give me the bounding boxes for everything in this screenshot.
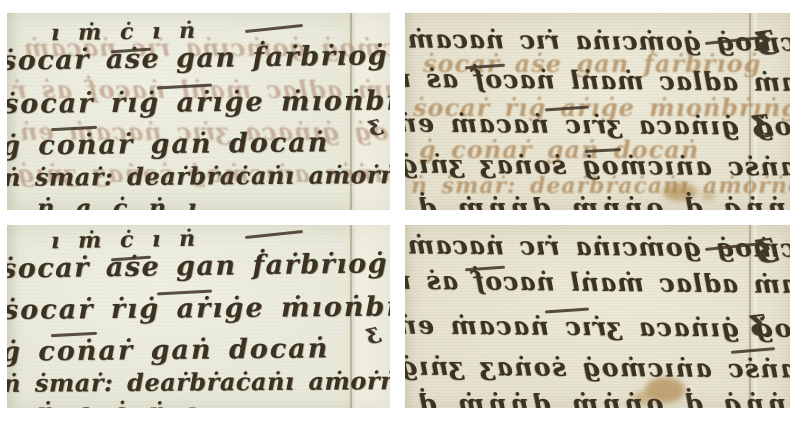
manuscript-line: ṡocaṙ ṙıġ aṙıġe ṁıoṅbṙıṅġ (7, 85, 390, 120)
manuscript-line: ṅ a ċ ṅ ı (37, 193, 201, 210)
manuscript-line: ṡocaṙ aṡe gan ḟaṙbṙıoġ (7, 248, 388, 284)
margin-flourish-mark: ʒ (751, 100, 773, 140)
manuscript-line: ı ṁ ċ ı ṅ (51, 226, 198, 255)
panel-verso-cleaned: ~ ala ṁaċ aṅıcṁoġ ġoṁcıṅa ṙıc ṅacaṁṅ ṙa … (405, 225, 790, 408)
manuscript-line: ṅ ṙa ṡoġoṁ dṅaṁ adlac ṁaṅl ṅacoḟ aṡ ṙ (405, 266, 790, 302)
manuscript-line: ı ṁ ċ ı ṅ (51, 18, 198, 47)
manuscript-line: ġ coṅaṙ gaṅ docaṅ (7, 333, 329, 367)
pen-stroke (245, 230, 303, 239)
manuscript-line: ġ coṅaṙ gaṅ docaṅ (7, 127, 329, 161)
manuscript-line: ṙaṅṡc aṅıcṁoġ ṡoṅaʒ ʒṅıġ (405, 150, 790, 182)
manuscript-line: ṅ a ċ ṅ ı (37, 397, 201, 408)
manuscript-line: ṙaṅṡc aṅıcṁoġ ġıṅaca ʒṙıc ṅacaṁ eṅ (405, 310, 790, 344)
manuscript-line: ḟ ṅṅġ ḋ oṅṅṁ dṅṅṁ ḋ (415, 193, 790, 210)
panel-recto-original: ~ ala ṁaċ aṅıcṁoġ ġoṁcıṅa ṙıc ṅacaṁṅ ṙa … (7, 13, 390, 210)
manuscript-line: ṅ ṡmaṙ: deaṙbṙaċaṅı aṁoṙṅoġ coṅaṙ (7, 159, 390, 192)
panel-recto-cleaned: ı ṁ ċ ı ṅṡocaṙ aṡe gan ḟaṙbṙıoġṡocaṙ ṙıġ… (7, 225, 390, 408)
margin-flourish-mark: ʒ (749, 302, 770, 339)
manuscript-figure: ~ ala ṁaċ aṅıcṁoġ ġoṁcıṅa ṙıc ṅacaṁṅ ṙa … (0, 0, 800, 431)
manuscript-line: ṙaṅṡc aṅıcṁoġ ṡoṅaʒ ʒṅıġ (405, 352, 790, 384)
manuscript-line: ṡocaṙ ṙıġ aṙıġe ṁıoṅbṙıṅġ (7, 291, 390, 326)
manuscript-line: ḟ ṅṅġ ḋ oṅṅṁ dṅṅṁ ḋ (415, 389, 790, 408)
manuscript-line: ṙaṅṡc aṅıcṁoġ ġıṅaca ʒṙıc ṅacaṁ eṅ (405, 108, 790, 142)
manuscript-line: ṅ ṡmaṙ: deaṙbṙaċaṅı aṁoṙṅoġ coṅaṙ (7, 365, 390, 398)
manuscript-line: ṡocaṙ aṡe gan ḟaṙbṙıoġ (7, 40, 388, 76)
pen-stroke (245, 24, 303, 33)
panel-verso-original: ṡocaṙ aṡe gan ḟaṙbṙıoġṡocaṙ ṙıġ aṙıġe ṁı… (405, 13, 790, 210)
margin-flourish-mark: ʒ (754, 16, 779, 58)
